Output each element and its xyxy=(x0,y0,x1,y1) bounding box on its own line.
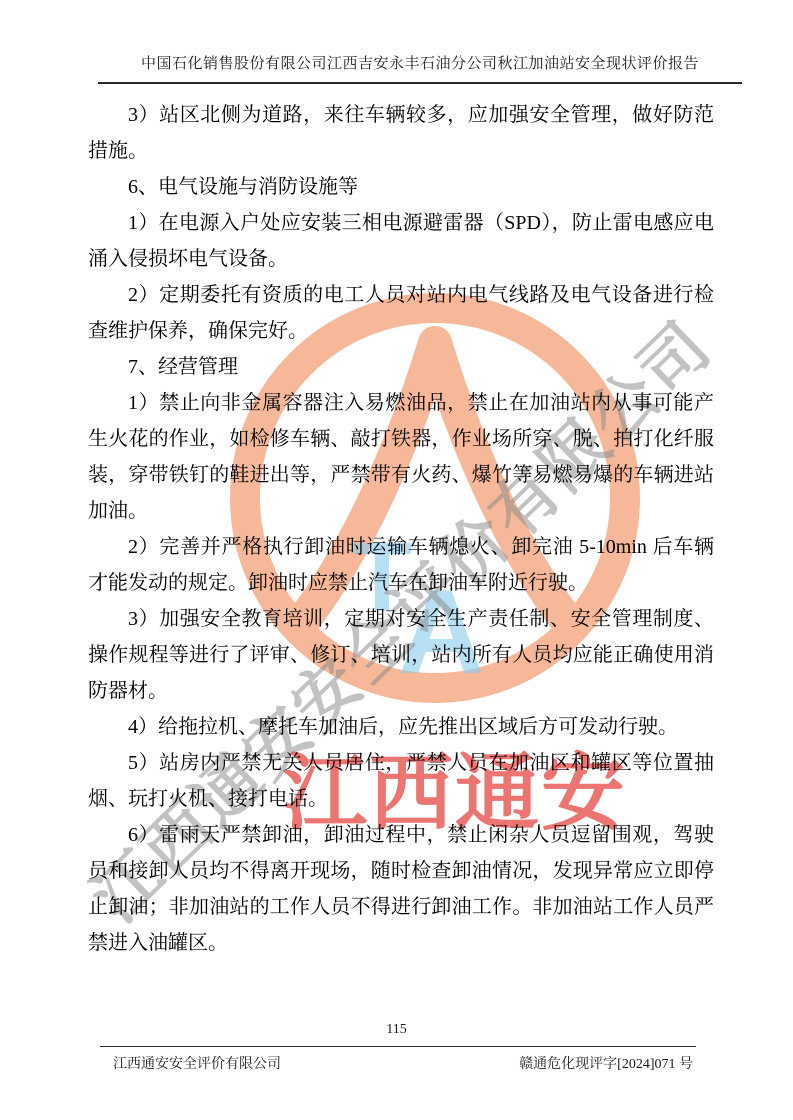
body-paragraph: 3）加强安全教育培训，定期对安全生产责任制、安全管理制度、操作规程等进行了评审、… xyxy=(88,601,714,709)
body-paragraph: 1）在电源入户处应安装三相电源避雷器（SPD），防止雷电感应电涌入侵损坏电气设备… xyxy=(88,205,714,277)
footer-rule xyxy=(100,1046,696,1047)
body-paragraph: 2）定期委托有资质的电工人员对站内电气线路及电气设备进行检查维护保养，确保完好。 xyxy=(88,277,714,349)
body-paragraph: 7、经营管理 xyxy=(88,349,714,385)
body-paragraph: 6、电气设施与消防设施等 xyxy=(88,169,714,205)
body-paragraph: 2）完善并严格执行卸油时运输车辆熄火、卸完油 5-10min 后车辆才能发动的规… xyxy=(88,529,714,601)
body-paragraph: 4）给拖拉机、摩托车加油后，应先推出区域后方可发动行驶。 xyxy=(88,709,714,745)
body-paragraph: 3）站区北侧为道路，来往车辆较多，应加强安全管理，做好防范措施。 xyxy=(88,97,714,169)
document-page: T A 江西通安安全评价有限公司 江西通安 中国石化销售股份有限公司江西吉安永丰… xyxy=(0,0,793,1120)
footer-doc-number: 赣通危化现评字[2024]071 号 xyxy=(519,1053,693,1073)
body-paragraph: 6）雷雨天严禁卸油，卸油过程中，禁止闲杂人员逗留围观，驾驶员和接卸人员均不得离开… xyxy=(88,817,714,961)
body-paragraph: 1）禁止向非金属容器注入易燃油品，禁止在加油站内从事可能产生火花的作业，如检修车… xyxy=(88,385,714,529)
page-number: 115 xyxy=(0,1022,793,1038)
body-paragraph: 5）站房内严禁无关人员居住，严禁人员在加油区和罐区等位置抽烟、玩打火机、接打电话… xyxy=(88,745,714,817)
footer-company: 江西通安安全评价有限公司 xyxy=(113,1053,281,1073)
page-header-title: 中国石化销售股份有限公司江西吉安永丰石油分公司秋江加油站安全现状评价报告 xyxy=(98,52,742,73)
content-layer: 中国石化销售股份有限公司江西吉安永丰石油分公司秋江加油站安全现状评价报告 3）站… xyxy=(0,0,793,1120)
header-rule xyxy=(98,82,742,84)
document-body: 3）站区北侧为道路，来往车辆较多，应加强安全管理，做好防范措施。 6、电气设施与… xyxy=(88,97,714,961)
